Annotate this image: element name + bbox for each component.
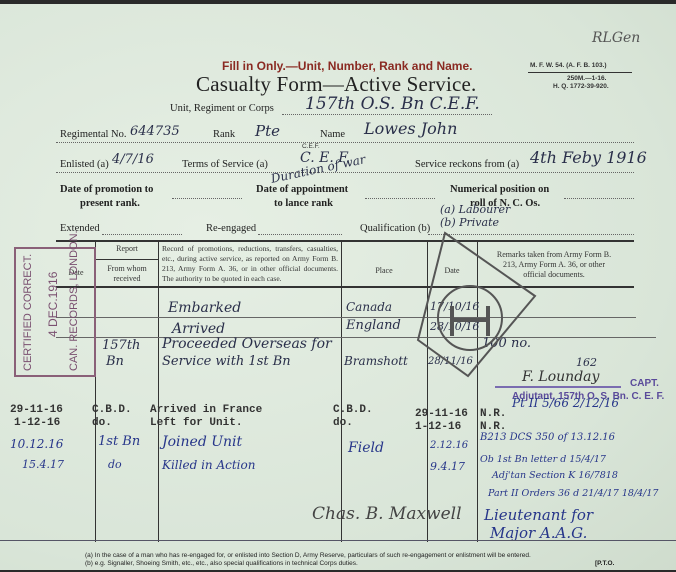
row-3-from: 157th [102, 338, 140, 353]
print-code-2: H. Q. 1772-39-920. [553, 83, 609, 90]
row-8-remarks: Ob 1st Bn letter d 15/4/17 [480, 454, 606, 465]
cef-mark: C.E.F. [302, 143, 320, 150]
nco-label-1: Numerical position on [450, 184, 549, 195]
col-divider-3 [341, 240, 342, 542]
row-2-record: Arrived [172, 321, 225, 337]
form-code-rule [528, 72, 632, 73]
certified-correct-stamp: CERTIFIED CORRECT. 4 DEC.1916 CAN. RECOR… [14, 247, 96, 377]
row-7-record: Joined Unit [162, 434, 242, 450]
row-7-date: 10.12.16 [10, 437, 63, 451]
row-5-date-2: 29-11-16 [415, 408, 468, 420]
initials-annotation: RLGen [592, 30, 640, 46]
row-7-date-2: 2.12.16 [430, 440, 468, 451]
print-code-1: 250M.—1-16. [567, 75, 606, 82]
name-label: Name [320, 129, 345, 140]
unit-label: Unit, Regiment or Corps [170, 103, 274, 114]
row-5-place: C.B.D. [333, 404, 373, 416]
stamp-line-3: CAN. RECORDS, LONDON. [68, 230, 80, 371]
row-1-record: Embarked [168, 300, 241, 316]
row-8-date-2: 9.4.17 [430, 460, 465, 473]
row-8-record: Killed in Action [162, 458, 255, 472]
row-6-date: 1-12-16 [14, 417, 60, 429]
rank-label: Rank [213, 129, 235, 140]
remark-section: Adj'tan Section K 16/7818 [492, 470, 618, 481]
name-value: Lowes John [364, 119, 457, 138]
remark-part-ii-orders: Part II Orders 36 d 21/4/17 18/4/17 [488, 488, 658, 499]
row-4-place: Bramshott [344, 354, 408, 368]
table-bottom-rule [0, 540, 676, 541]
row-rule-2 [56, 337, 656, 338]
stamp-line-2: 4 DEC.1916 [46, 272, 60, 337]
row-5-date: 29-11-16 [10, 404, 63, 416]
promotion-line [172, 198, 242, 199]
enlisted-label: Enlisted (a) [60, 159, 109, 170]
extended-line [102, 234, 182, 235]
promotion-label-2: present rank. [80, 198, 140, 209]
row-3-record: Proceeded Overseas for [162, 336, 332, 352]
terms-label: Terms of Service (a) [182, 159, 268, 170]
row-4-from: Bn [106, 354, 124, 369]
row-8-date: 15.4.17 [22, 458, 64, 471]
row-5-record: Arrived in France [150, 404, 262, 416]
header-report: Report [100, 244, 154, 254]
remark-lieutenant: Lieutenant for [484, 506, 593, 524]
enlisted-line [56, 172, 634, 173]
unit-value: 157th O.S. Bn C.E.F. [305, 94, 480, 114]
reengaged-line [258, 234, 342, 235]
header-from-whom: From whom received [98, 264, 156, 284]
row-6-date-2: 1-12-16 [415, 421, 461, 433]
adjutant-rule [495, 386, 621, 388]
row-7-remarks: B213 DCS 350 of 13.12.16 [480, 432, 615, 443]
row-4-remarks: 162 [576, 356, 597, 369]
row-4-record: Service with 1st Bn [162, 354, 291, 369]
regimental-no-value: 644735 [130, 124, 180, 139]
stamp-line-1: CERTIFIED CORRECT. [22, 254, 34, 371]
row-1-place: Canada [346, 300, 392, 314]
row-5-from: C.B.D. [92, 404, 132, 416]
diagonal-stamp-icon [400, 228, 540, 378]
pto-mark: [P.T.O. [595, 560, 614, 567]
rank-value: Pte [255, 122, 280, 140]
row-7-place: Field [348, 440, 384, 456]
nco-line [564, 198, 634, 199]
appointment-label-1: Date of appointment [256, 184, 348, 195]
appointment-line [365, 198, 435, 199]
enlisted-value: 4/7/16 [112, 152, 154, 167]
row-8-from: do [108, 458, 122, 471]
header-record: Record of promotions, reductions, transf… [162, 244, 338, 284]
row-6-record: Left for Unit. [150, 417, 242, 429]
footnote-a: (a) In the case of a man who has re-enga… [85, 552, 531, 559]
form-code: M. F. W. 54. (A. F. B. 103.) [530, 62, 607, 69]
service-reckons-label: Service reckons from (a) [415, 159, 519, 170]
appointment-label-2: to lance rank [274, 198, 333, 209]
row-6-place: do. [333, 417, 353, 429]
fill-instruction: Fill in Only.—Unit, Number, Rank and Nam… [222, 59, 472, 73]
officer-signature: Chas. B. Maxwell [312, 504, 462, 524]
row-2-place: England [346, 318, 401, 333]
service-reckons-value: 4th Feby 1916 [530, 148, 647, 167]
report-sub-rule [95, 259, 158, 260]
row-6-from: do. [92, 417, 112, 429]
reg-line [56, 142, 634, 143]
col-divider-2 [158, 240, 159, 542]
table-header-rule [56, 286, 634, 288]
casualty-form-sheet: RLGen Fill in Only.—Unit, Number, Rank a… [0, 4, 676, 570]
unit-line [282, 114, 492, 115]
qualification-a: (a) Labourer [440, 203, 510, 216]
reengaged-label: Re-engaged [206, 223, 256, 234]
row-5-remarks: N.R. [480, 408, 506, 420]
regimental-no-label: Regimental No. [60, 129, 127, 140]
promotion-label-1: Date of promotion to [60, 184, 153, 195]
row-7-from: 1st Bn [98, 434, 140, 449]
remark-part-ii: Pt II 5/66 2/12/16 [512, 396, 619, 410]
adjutant-rank: CAPT. [630, 378, 659, 389]
table-top-rule [56, 240, 634, 242]
footnote-b: (b) e.g. Signaller, Shoeing Smith, etc.,… [85, 560, 358, 567]
